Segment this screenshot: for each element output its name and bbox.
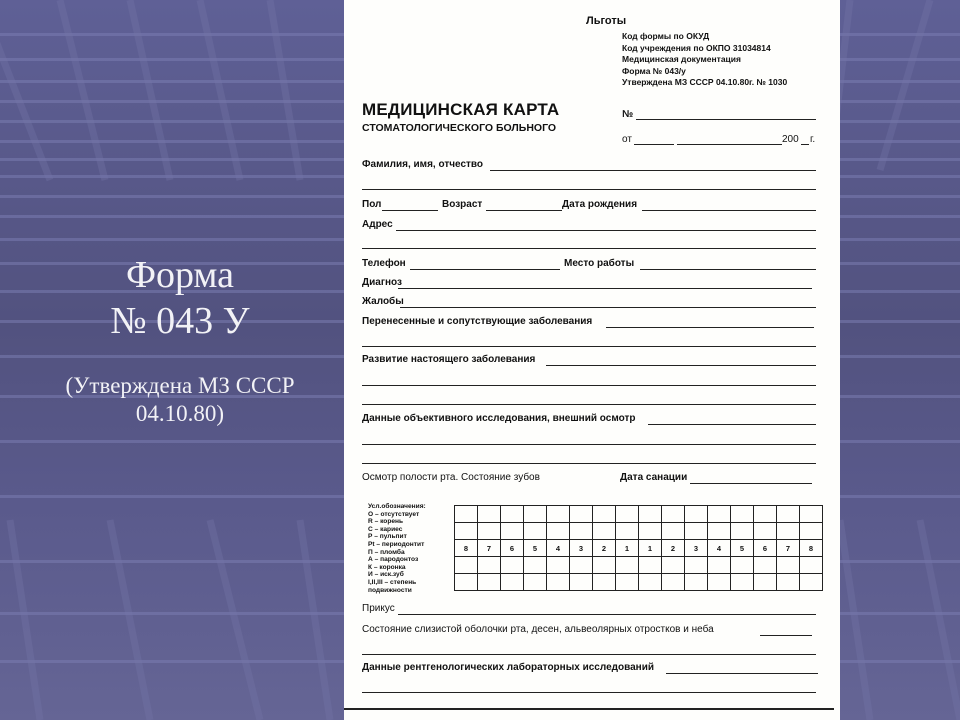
tooth-cell: [777, 574, 800, 591]
tooth-cell: [455, 574, 478, 591]
tooth-number-cell: 5: [731, 540, 754, 557]
slide-title-block: Форма № 043 У (Утверждена МЗ СССР 04.10.…: [20, 252, 340, 428]
tooth-cell: [524, 574, 547, 591]
date-suffix: г.: [810, 134, 815, 145]
teeth-record-row: [455, 523, 823, 540]
field-mucosa-label: Состояние слизистой оболочки рта, десен,…: [362, 624, 714, 635]
form-title: МЕДИЦИНСКАЯ КАРТА: [362, 100, 559, 120]
tooth-cell: [662, 574, 685, 591]
tooth-number-cell: 2: [662, 540, 685, 557]
tooth-cell: [593, 506, 616, 523]
header-line: Медицинская документация: [622, 54, 787, 66]
field-full-name-line-2: [362, 189, 816, 190]
tooth-cell: [685, 574, 708, 591]
tooth-cell: [708, 557, 731, 574]
teeth-legend: Усл.обозначения: О – отсутствует R – кор…: [368, 503, 426, 594]
date-prefix: от: [622, 134, 632, 145]
tooth-cell: [754, 506, 777, 523]
tooth-cell: [639, 523, 662, 540]
field-objective-exam-line-3: [362, 463, 816, 464]
field-address-line-2: [362, 248, 816, 249]
tooth-cell: [639, 574, 662, 591]
field-xray-line: [666, 673, 818, 674]
tooth-number-cell: 4: [708, 540, 731, 557]
tooth-cell: [662, 557, 685, 574]
field-birth-date-label: Дата рождения: [562, 199, 637, 210]
dental-chart-table: 8765432112345678: [454, 505, 823, 591]
field-xray-label: Данные рентгенологических лабораторных и…: [362, 662, 654, 673]
tooth-cell: [570, 523, 593, 540]
benefits-label: Льготы: [586, 15, 626, 27]
tooth-cell: [570, 574, 593, 591]
tooth-cell: [616, 506, 639, 523]
field-birth-date-line: [642, 210, 816, 211]
tooth-number-cell: 4: [547, 540, 570, 557]
field-age-line: [486, 210, 562, 211]
legend-item: А – пародонтоз: [368, 556, 426, 564]
field-phone-label: Телефон: [362, 258, 406, 269]
tooth-cell: [570, 506, 593, 523]
record-number-label: №: [622, 109, 633, 120]
field-phone-line: [410, 269, 560, 270]
teeth-number-row: 8765432112345678: [455, 540, 823, 557]
tooth-cell: [639, 557, 662, 574]
legend-item: Р – пульпит: [368, 533, 426, 541]
tooth-cell: [593, 557, 616, 574]
legend-item: И – иск.зуб: [368, 571, 426, 579]
field-objective-exam-line: [648, 424, 816, 425]
record-number-line: [636, 119, 816, 120]
date-year: 200: [782, 134, 799, 145]
field-past-diseases-label: Перенесенные и сопутствующие заболевания: [362, 316, 592, 327]
tooth-cell: [685, 506, 708, 523]
tooth-cell: [616, 557, 639, 574]
field-full-name-line: [490, 170, 816, 171]
tooth-number-cell: 8: [800, 540, 823, 557]
tooth-cell: [662, 506, 685, 523]
tooth-cell: [455, 523, 478, 540]
legend-item: П – пломба: [368, 549, 426, 557]
legend-item: Pt – периодонтит: [368, 541, 426, 549]
tooth-cell: [685, 523, 708, 540]
field-complaints-label: Жалобы: [362, 296, 404, 307]
tooth-cell: [593, 574, 616, 591]
tooth-cell: [593, 523, 616, 540]
tooth-number-cell: 6: [754, 540, 777, 557]
tooth-number-cell: 7: [478, 540, 501, 557]
teeth-record-row: [455, 506, 823, 523]
slide-subtitle-line-1: (Утверждена МЗ СССР: [20, 372, 340, 400]
field-diagnosis-line: [398, 288, 812, 289]
field-current-disease-line: [546, 365, 816, 366]
field-mucosa-line-2: [362, 654, 816, 655]
tooth-number-cell: 5: [524, 540, 547, 557]
tooth-cell: [731, 523, 754, 540]
field-sex-label: Пол: [362, 199, 381, 210]
legend-item: О – отсутствует: [368, 511, 426, 519]
tooth-cell: [777, 557, 800, 574]
tooth-number-cell: 2: [593, 540, 616, 557]
date-day-line: [634, 144, 674, 145]
tooth-cell: [501, 574, 524, 591]
tooth-cell: [455, 557, 478, 574]
tooth-cell: [731, 557, 754, 574]
tooth-cell: [754, 557, 777, 574]
tooth-cell: [708, 506, 731, 523]
header-line: Утверждена МЗ СССР 04.10.80г. № 1030: [622, 77, 787, 89]
tooth-cell: [547, 523, 570, 540]
field-bite-line: [398, 614, 816, 615]
tooth-cell: [800, 574, 823, 591]
field-oral-exam-label: Осмотр полости рта. Состояние зубов: [362, 472, 540, 483]
field-past-diseases-line: [606, 327, 814, 328]
field-past-diseases-line-2: [362, 346, 816, 347]
tooth-cell: [754, 523, 777, 540]
field-address-label: Адрес: [362, 219, 393, 230]
tooth-cell: [478, 506, 501, 523]
tooth-cell: [639, 506, 662, 523]
field-sanation-date-label: Дата санации: [620, 472, 687, 483]
tooth-cell: [662, 523, 685, 540]
page-bottom-rule: [344, 708, 834, 710]
field-sanation-date-line: [690, 483, 812, 484]
form-document-image: Льготы Код формы по ОКУД Код учреждения …: [344, 0, 840, 720]
field-objective-exam-line-2: [362, 444, 816, 445]
tooth-number-cell: 3: [570, 540, 593, 557]
legend-item: подвижности: [368, 587, 426, 595]
field-current-disease-line-3: [362, 404, 816, 405]
tooth-cell: [685, 557, 708, 574]
tooth-cell: [524, 557, 547, 574]
tooth-cell: [731, 574, 754, 591]
tooth-cell: [455, 506, 478, 523]
tooth-cell: [754, 574, 777, 591]
tooth-cell: [800, 523, 823, 540]
date-month-line: [677, 144, 782, 145]
tooth-cell: [501, 557, 524, 574]
header-line: Форма № 043/у: [622, 66, 787, 78]
tooth-cell: [547, 574, 570, 591]
header-line: Код формы по ОКУД: [622, 31, 787, 43]
tooth-cell: [616, 574, 639, 591]
tooth-cell: [777, 506, 800, 523]
tooth-cell: [478, 523, 501, 540]
tooth-cell: [800, 506, 823, 523]
tooth-number-cell: 3: [685, 540, 708, 557]
tooth-cell: [501, 506, 524, 523]
field-mucosa-line: [760, 635, 812, 636]
form-subtitle: СТОМАТОЛОГИЧЕСКОГО БОЛЬНОГО: [362, 122, 556, 134]
tooth-number-cell: 1: [616, 540, 639, 557]
field-objective-exam-label: Данные объективного исследования, внешни…: [362, 413, 635, 424]
slide-title-line-1: Форма: [20, 252, 340, 298]
field-age-label: Возраст: [442, 199, 482, 210]
tooth-cell: [731, 506, 754, 523]
tooth-cell: [547, 557, 570, 574]
teeth-record-row: [455, 574, 823, 591]
field-address-line: [396, 230, 816, 231]
field-current-disease-line-2: [362, 385, 816, 386]
tooth-cell: [800, 557, 823, 574]
tooth-number-cell: 8: [455, 540, 478, 557]
legend-item: С – кариес: [368, 526, 426, 534]
legend-title: Усл.обозначения:: [368, 503, 426, 511]
field-sex-line: [382, 210, 438, 211]
tooth-cell: [570, 557, 593, 574]
tooth-number-cell: 1: [639, 540, 662, 557]
tooth-cell: [524, 523, 547, 540]
field-diagnosis-label: Диагноз: [362, 277, 402, 288]
tooth-cell: [777, 523, 800, 540]
tooth-cell: [547, 506, 570, 523]
form-header-codes: Код формы по ОКУД Код учреждения по ОКПО…: [622, 31, 787, 89]
field-xray-line-2: [362, 692, 816, 693]
field-workplace-line: [640, 269, 816, 270]
tooth-number-cell: 6: [501, 540, 524, 557]
tooth-cell: [616, 523, 639, 540]
tooth-number-cell: 7: [777, 540, 800, 557]
slide-title-line-2: № 043 У: [20, 298, 340, 344]
field-bite-label: Прикус: [362, 603, 395, 614]
field-complaints-line: [400, 307, 816, 308]
legend-item: I,II,III – степень: [368, 579, 426, 587]
tooth-cell: [708, 574, 731, 591]
field-full-name-label: Фамилия, имя, отчество: [362, 159, 483, 170]
field-workplace-label: Место работы: [564, 258, 634, 269]
tooth-cell: [708, 523, 731, 540]
teeth-record-row: [455, 557, 823, 574]
tooth-cell: [501, 523, 524, 540]
legend-item: R – корень: [368, 518, 426, 526]
header-line: Код учреждения по ОКПО 31034814: [622, 43, 787, 55]
date-year-line: [801, 144, 809, 145]
tooth-cell: [524, 506, 547, 523]
tooth-cell: [478, 557, 501, 574]
tooth-cell: [478, 574, 501, 591]
field-current-disease-label: Развитие настоящего заболевания: [362, 354, 535, 365]
slide-subtitle-line-2: 04.10.80): [20, 400, 340, 428]
